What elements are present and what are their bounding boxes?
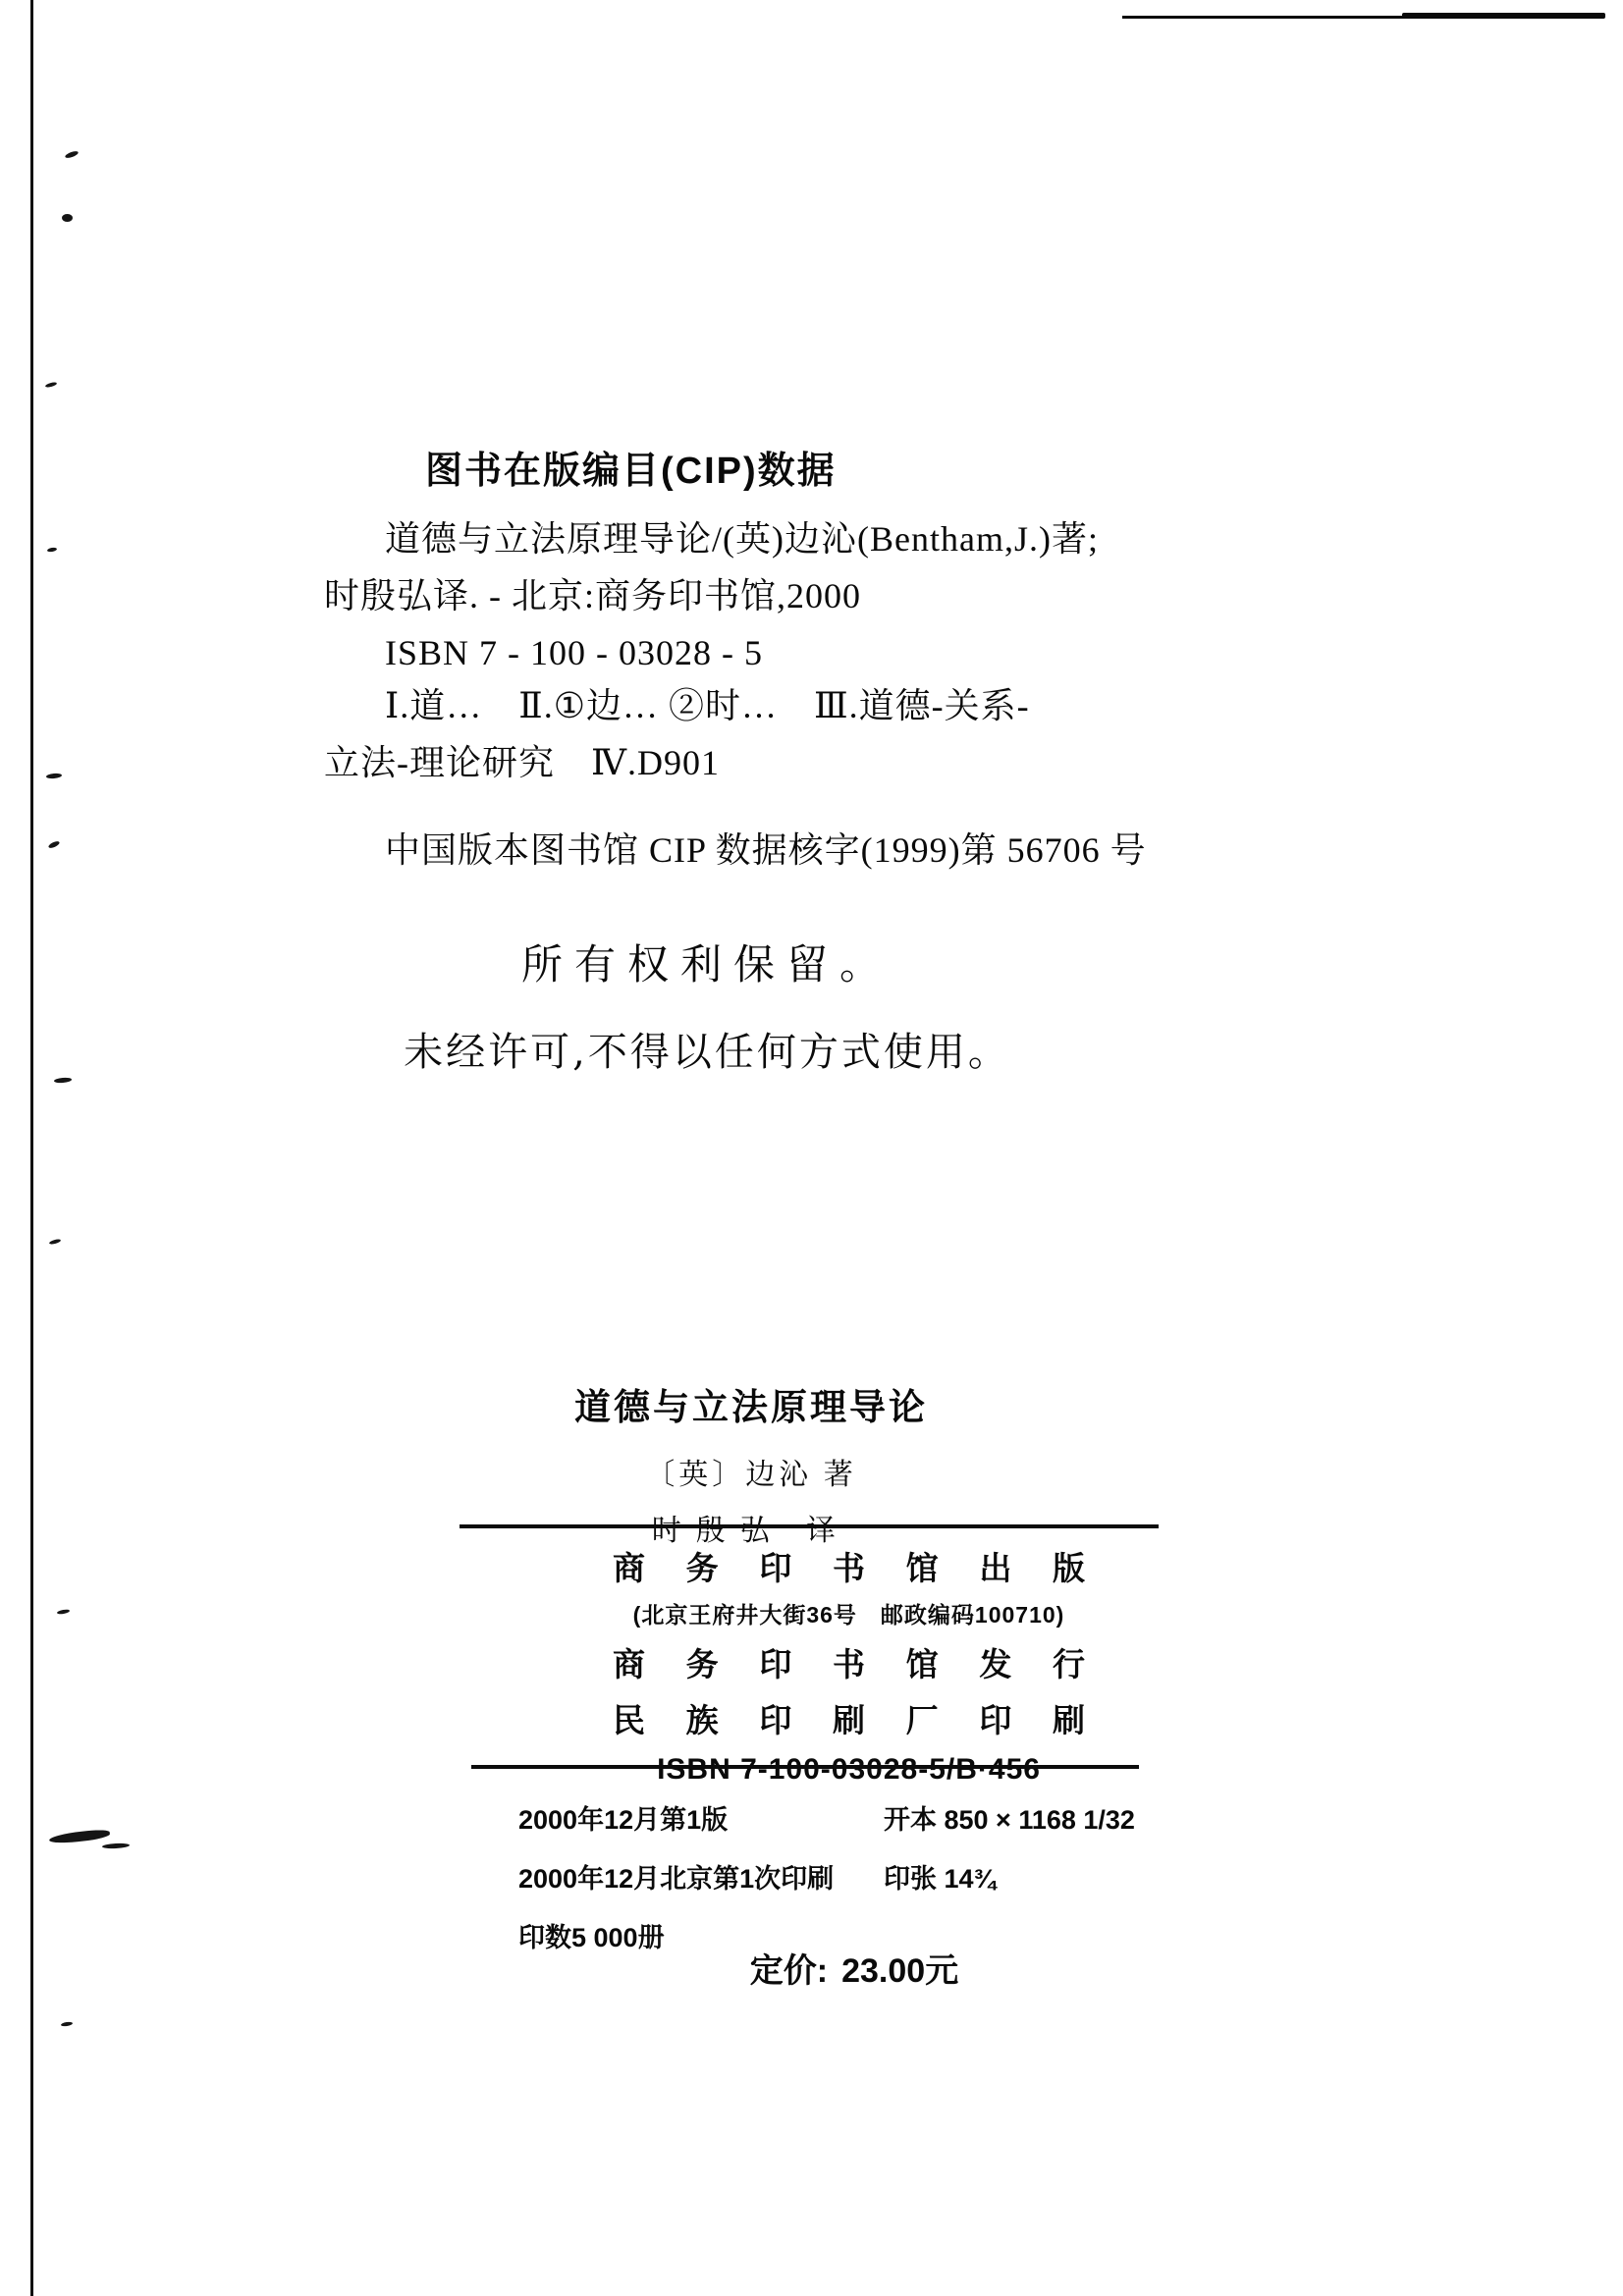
publisher-printer-line: 民族印刷厂印刷 xyxy=(588,1695,1109,1741)
scan-smudge xyxy=(49,1829,111,1844)
title-block: 道德与立法原理导论 〔英〕边沁 著 时殷弘 译 xyxy=(425,1377,1077,1549)
cip-entry-isbn: ISBN 7 - 100 - 03028 - 5 xyxy=(324,624,1168,681)
rights-line-1: 所有权利保留。 xyxy=(324,933,1090,991)
scan-smudge-tail xyxy=(102,1842,130,1848)
printing-sheets: 印张 14¾ xyxy=(884,1857,1166,1896)
printing-impression: 2000年12月北京第1次印刷 xyxy=(518,1857,884,1896)
cip-class-line: Ⅰ.道… Ⅱ.①边… ②时… Ⅲ.道德-关系- xyxy=(324,677,1168,734)
rights-line-2: 未经许可,不得以任何方式使用。 xyxy=(324,1021,1090,1077)
publisher-address-line: (北京王府井大街36号 邮政编码100710) xyxy=(588,1597,1109,1629)
scan-speckle xyxy=(54,1077,72,1084)
cip-header: 图书在版编目(CIP)数据 xyxy=(425,440,837,494)
rights-notice: 所有权利保留。 未经许可,不得以任何方式使用。 xyxy=(324,933,1090,1077)
cip-entry-line: 时殷弘译. - 北京:商务印书馆,2000 xyxy=(324,567,1168,624)
scan-speckle xyxy=(46,773,62,778)
divider-rule-bottom xyxy=(471,1765,1139,1769)
printing-edition: 2000年12月第1版 xyxy=(518,1798,884,1837)
book-title: 道德与立法原理导论 xyxy=(425,1377,1077,1430)
scan-speckle xyxy=(48,840,61,850)
printing-row: 2000年12月北京第1次印刷 印张 14¾ xyxy=(518,1857,1166,1896)
price-label: 定价: xyxy=(750,1952,828,1990)
book-author: 〔英〕边沁 著 xyxy=(425,1450,1077,1493)
cip-class-line: 立法-理论研究 Ⅳ.D901 xyxy=(324,734,1168,791)
publisher-publish-line: 商务印书馆出版 xyxy=(588,1543,1109,1589)
scan-left-edge-line xyxy=(30,0,33,2296)
publisher-isbn-line: ISBN 7-100-03028-5/B·456 xyxy=(588,1753,1109,1787)
printing-row: 2000年12月第1版 开本 850 × 1168 1/32 xyxy=(518,1798,1166,1837)
cip-classification-block: Ⅰ.道… Ⅱ.①边… ②时… Ⅲ.道德-关系- 立法-理论研究 Ⅳ.D901 xyxy=(324,677,1168,791)
publisher-distribute-line: 商务印书馆发行 xyxy=(588,1639,1109,1685)
cip-registration: 中国版本图书馆 CIP 数据核字(1999)第 56706 号 xyxy=(385,823,1147,873)
scan-speckle xyxy=(62,214,73,222)
scan-speckle xyxy=(49,1239,62,1246)
scan-speckle xyxy=(65,150,80,159)
book-copyright-page: 图书在版编目(CIP)数据 道德与立法原理导论/(英)边沁(Bentham,J.… xyxy=(0,0,1623,2296)
printing-format: 开本 850 × 1168 1/32 xyxy=(884,1798,1166,1837)
scan-speckle xyxy=(47,547,58,553)
scan-speckle xyxy=(57,1609,70,1615)
price-line: 定价:23.00元 xyxy=(619,1944,1090,1992)
scan-top-right-line xyxy=(1122,16,1417,19)
cip-entry-line: 道德与立法原理导论/(英)边沁(Bentham,J.)著; xyxy=(324,510,1168,567)
cip-entry-block: 道德与立法原理导论/(英)边沁(Bentham,J.)著; 时殷弘译. - 北京… xyxy=(324,510,1168,681)
scan-speckle xyxy=(45,382,58,389)
divider-rule-top xyxy=(460,1524,1159,1528)
scan-speckle xyxy=(61,2021,73,2027)
publisher-block: 商务印书馆出版 (北京王府井大街36号 邮政编码100710) 商务印书馆发行 … xyxy=(588,1543,1109,1787)
price-value: 23.00元 xyxy=(841,1952,958,1990)
scan-top-right-line-thick xyxy=(1402,13,1605,19)
